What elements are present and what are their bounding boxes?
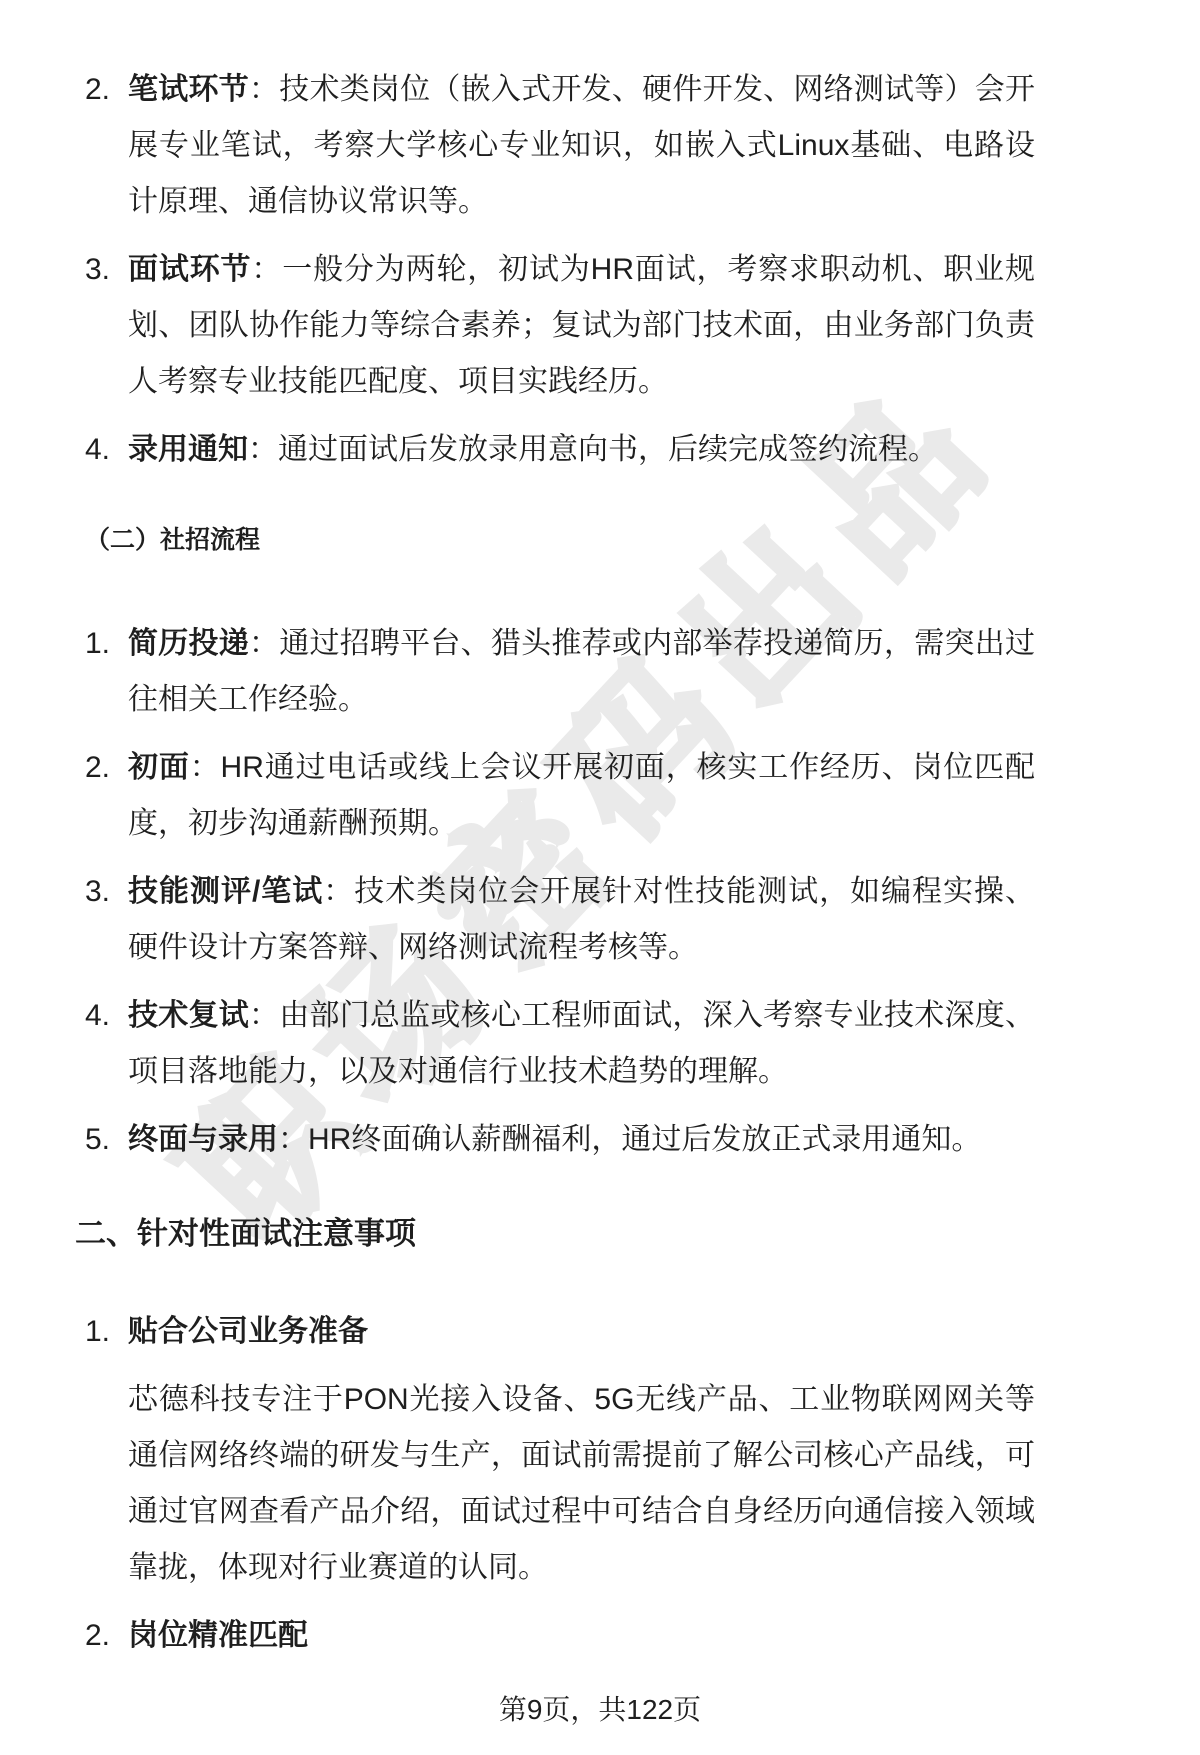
list-item-label: 笔试环节 xyxy=(128,73,249,106)
list-item-label: 简历投递 xyxy=(128,627,249,660)
list-item: 2.笔试环节：技术类岗位（嵌入式开发、硬件开发、网络测试等）会开展专业笔试，考察… xyxy=(85,62,1035,230)
document-page: 职场密码出品 2.笔试环节：技术类岗位（嵌入式开发、硬件开发、网络测试等）会开展… xyxy=(0,0,1200,1755)
list-item-label: 面试环节 xyxy=(128,253,251,286)
notes-list: 1.贴合公司业务准备 芯德科技专注于PON光接入设备、5G无线产品、工业物联网网… xyxy=(85,1304,1035,1664)
list-item-label: 技能测评/笔试 xyxy=(128,875,323,908)
list-item: 2.初面：HR通过电话或线上会议开展初面，核实工作经历、岗位匹配度，初步沟通薪酬… xyxy=(85,740,1035,852)
list-item-text: ：由部门总监或核心工程师面试，深入考察专业技术深度、项目落地能力，以及对通信行业… xyxy=(128,999,1035,1088)
page-number-label: 第9页，共122页 xyxy=(499,1694,701,1725)
page-footer: 第9页，共122页 xyxy=(0,1693,1200,1727)
list-item-number: 1. xyxy=(85,616,110,672)
list-item-text: ：通过招聘平台、猎头推荐或内部举荐投递简历，需突出过往相关工作经验。 xyxy=(128,627,1035,716)
section-heading-interview-notes: 二、针对性面试注意事项 xyxy=(75,1214,1035,1254)
list-item: 4.录用通知：通过面试后发放录用意向书，后续完成签约流程。 xyxy=(85,422,1035,478)
list-item-label: 录用通知 xyxy=(128,433,248,466)
list-item: 1.贴合公司业务准备 芯德科技专注于PON光接入设备、5G无线产品、工业物联网网… xyxy=(85,1304,1035,1596)
list-item-text: ：一般分为两轮，初试为HR面试，考察求职动机、职业规划、团队协作能力等综合素养；… xyxy=(128,253,1035,398)
list-item-label: 终面与录用 xyxy=(128,1123,278,1156)
list-item-number: 4. xyxy=(85,988,110,1044)
list-item-number: 3. xyxy=(85,242,110,298)
list-item-text: ：技术类岗位（嵌入式开发、硬件开发、网络测试等）会开展专业笔试，考察大学核心专业… xyxy=(128,73,1035,218)
list-item-text: ：通过面试后发放录用意向书，后续完成签约流程。 xyxy=(248,433,938,466)
list-item-number: 4. xyxy=(85,422,110,478)
list-item-label: 技术复试 xyxy=(128,999,249,1032)
list-item: 4.技术复试：由部门总监或核心工程师面试，深入考察专业技术深度、项目落地能力，以… xyxy=(85,988,1035,1100)
list-item: 3.技能测评/笔试：技术类岗位会开展针对性技能测试，如编程实操、硬件设计方案答辩… xyxy=(85,864,1035,976)
list-item-number: 2. xyxy=(85,62,110,118)
list-item: 3.面试环节：一般分为两轮，初试为HR面试，考察求职动机、职业规划、团队协作能力… xyxy=(85,242,1035,410)
list-item: 5.终面与录用：HR终面确认薪酬福利，通过后发放正式录用通知。 xyxy=(85,1112,1035,1168)
list-item-text: ：HR终面确认薪酬福利，通过后发放正式录用通知。 xyxy=(278,1123,981,1156)
list-item-number: 5. xyxy=(85,1112,110,1168)
list-item-number: 1. xyxy=(85,1304,110,1360)
list-item-number: 2. xyxy=(85,740,110,796)
page-content: 2.笔试环节：技术类岗位（嵌入式开发、硬件开发、网络测试等）会开展专业笔试，考察… xyxy=(0,0,1200,1664)
list-item: 1.简历投递：通过招聘平台、猎头推荐或内部举荐投递简历，需突出过往相关工作经验。 xyxy=(85,616,1035,728)
note-body: 芯德科技专注于PON光接入设备、5G无线产品、工业物联网网关等通信网络终端的研发… xyxy=(128,1372,1035,1596)
list-item-number: 2. xyxy=(85,1608,110,1664)
list-item-label: 初面 xyxy=(128,751,190,784)
list-item: 2.岗位精准匹配 xyxy=(85,1608,1035,1664)
note-title: 岗位精准匹配 xyxy=(128,1619,308,1652)
list-item-number: 3. xyxy=(85,864,110,920)
list-item-text: ：HR通过电话或线上会议开展初面，核实工作经历、岗位匹配度，初步沟通薪酬预期。 xyxy=(128,751,1035,840)
campus-flow-list: 2.笔试环节：技术类岗位（嵌入式开发、硬件开发、网络测试等）会开展专业笔试，考察… xyxy=(85,62,1035,478)
note-title: 贴合公司业务准备 xyxy=(128,1315,368,1348)
section-heading-social-flow: （二）社招流程 xyxy=(85,524,1035,556)
social-flow-list: 1.简历投递：通过招聘平台、猎头推荐或内部举荐投递简历，需突出过往相关工作经验。… xyxy=(85,616,1035,1168)
